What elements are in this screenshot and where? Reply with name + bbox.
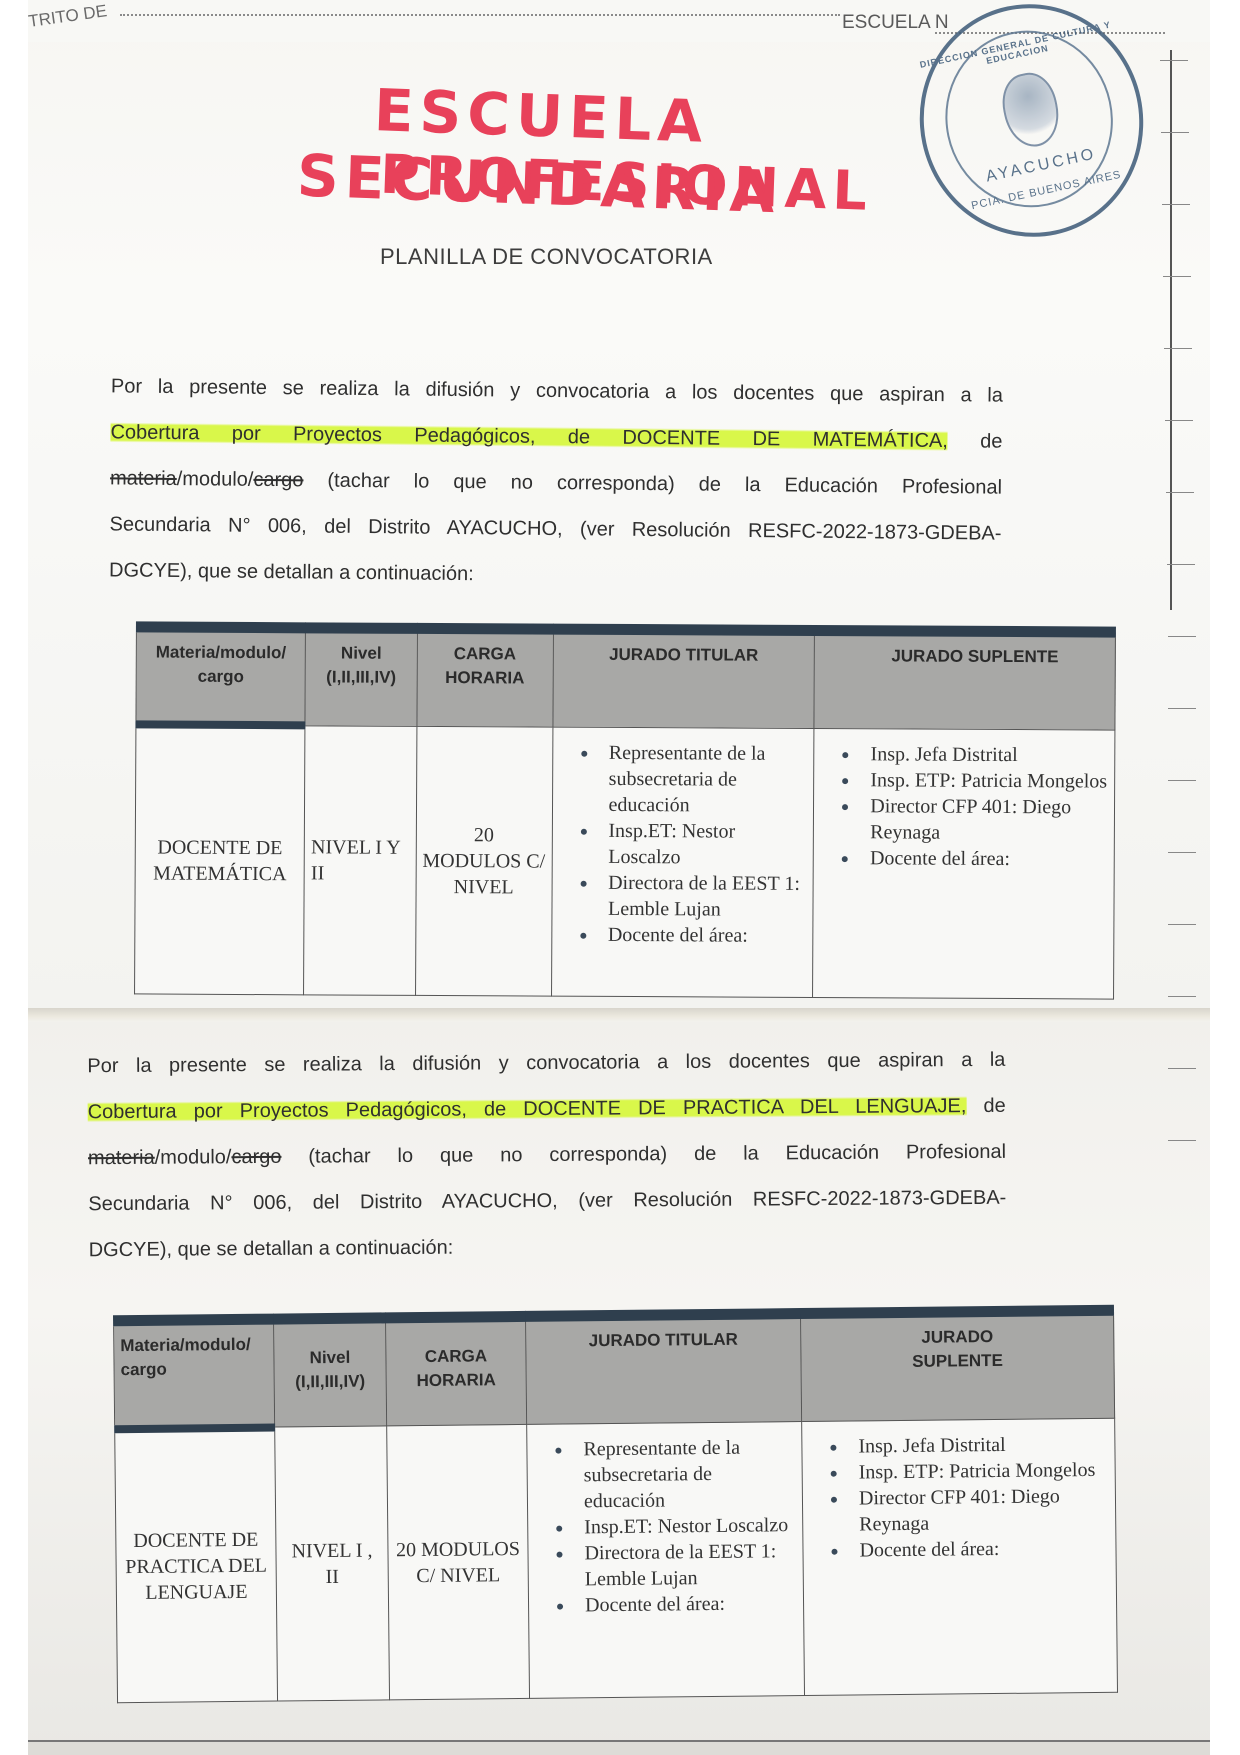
header-nivel: Nivel (I,II,III,IV) (305, 628, 417, 726)
paragraph-text: (tachar lo que no corresponda) de la Edu… (303, 469, 1002, 498)
list-item: Representante de la subsecretaria de edu… (573, 1434, 798, 1514)
cell-jurado-titular: Representante de la subsecretaria de edu… (527, 1422, 805, 1699)
struck-text: materia (110, 467, 177, 490)
table-row: DOCENTE DE PRACTICA DEL LENGUAJE NIVEL I… (115, 1418, 1118, 1702)
paper-fold (28, 1008, 1210, 1022)
cell-carga: 20 MODULOS C/ NIVEL (415, 726, 552, 996)
list-item: Docente del área: (860, 845, 1110, 872)
page-right-border (1170, 50, 1173, 610)
jurado-suplente-list: Insp. Jefa DistritalInsp. ETP: Patricia … (812, 1431, 1111, 1564)
paragraph-line: DGCYE), que se detallan a continuación: (109, 547, 1001, 602)
distrito-fill-line (120, 14, 840, 16)
margin-tick (1164, 348, 1192, 349)
paper-bottom-edge (28, 1740, 1210, 1755)
paragraph-text: /modulo/ (177, 468, 254, 491)
cell-jurado-suplente: Insp. Jefa DistritalInsp. ETP: Patricia … (813, 728, 1115, 999)
table-header-row: Materia/modulo/ cargo Nivel (I,II,III,IV… (114, 1310, 1115, 1428)
struck-text: cargo (253, 469, 303, 492)
list-item: Director CFP 401: Diego Reynaga (860, 793, 1110, 846)
paragraph-line: Cobertura por Proyectos Pedagógicos, de … (88, 1083, 1006, 1135)
struck-text: materia (88, 1147, 155, 1169)
convocatoria-table-2: Materia/modulo/ cargo Nivel (I,II,III,IV… (113, 1305, 1118, 1703)
margin-tick (1167, 564, 1195, 565)
list-item: Directora de la EEST 1: Lemble Lujan (598, 869, 809, 922)
header-carga: CARGA HORARIA (417, 628, 553, 726)
highlighted-text: Cobertura por Proyectos Pedagógicos, de … (88, 1095, 967, 1123)
paragraph-line: Secundaria N° 006, del Distrito AYACUCHO… (88, 1175, 1006, 1227)
cell-jurado-suplente: Insp. Jefa DistritalInsp. ETP: Patricia … (802, 1418, 1118, 1695)
header-jurado-titular: JURADO TITULAR (552, 629, 814, 728)
list-item: Docente del área: (849, 1535, 1111, 1564)
list-item: Insp.ET: Nestor Loscalzo (598, 817, 809, 870)
margin-tick (1166, 492, 1194, 493)
margin-tick (1168, 780, 1196, 781)
paragraph-line: Por la presente se realiza la difusión y… (87, 1037, 1005, 1089)
header-materia: Materia/modulo/ cargo (136, 627, 306, 725)
paragraph-text: de (948, 430, 1003, 453)
header-carga: CARGA HORARIA (386, 1316, 527, 1425)
list-item: Insp. Jefa Distrital (848, 1431, 1110, 1460)
header-jurado-suplente: JURADO SUPLENTE (814, 630, 1115, 729)
margin-tick (1162, 204, 1190, 205)
escuela-label: ESCUELA N (842, 12, 949, 34)
margin-tick (1168, 852, 1196, 853)
table-header-row: Materia/modulo/ cargo Nivel (I,II,III,IV… (136, 627, 1115, 730)
margin-tick (1165, 420, 1193, 421)
convocatoria-table-1: Materia/modulo/ cargo Nivel (I,II,III,IV… (134, 621, 1116, 999)
header-jurado-titular: JURADO TITULAR (526, 1314, 802, 1425)
paragraph-line: materia/modulo/cargo (tachar lo que no c… (88, 1129, 1006, 1181)
struck-text: cargo (231, 1146, 281, 1168)
list-item: Docente del área: (598, 921, 809, 948)
list-item: Insp. Jefa Distrital (860, 741, 1110, 768)
margin-tick (1163, 276, 1191, 277)
margin-tick (1168, 1068, 1196, 1069)
highlighted-text: Cobertura por Proyectos Pedagógicos, de … (110, 421, 948, 452)
paragraph-text: de (966, 1095, 1005, 1117)
list-item: Insp. ETP: Patricia Mongelos (849, 1457, 1111, 1486)
cell-nivel: NIVEL I Y II (304, 725, 417, 995)
list-item: Representante de la subsecretaria de edu… (598, 739, 809, 818)
list-item: Insp. ETP: Patricia Mongelos (860, 767, 1110, 794)
cell-materia: DOCENTE DE MATEMÁTICA (135, 724, 306, 994)
jurado-suplente-list: Insp. Jefa DistritalInsp. ETP: Patricia … (824, 741, 1110, 872)
list-item: Docente del área: (575, 1590, 799, 1618)
margin-tick (1160, 60, 1188, 61)
list-item: Directora de la EEST 1: Lemble Lujan (574, 1538, 799, 1592)
cell-jurado-titular: Representante de la subsecretaria de edu… (551, 727, 814, 997)
jurado-titular-list: Representante de la subsecretaria de edu… (562, 739, 810, 948)
margin-tick (1168, 708, 1196, 709)
margin-tick (1161, 132, 1189, 133)
paragraph-text: /modulo/ (155, 1146, 232, 1169)
list-item: Insp.ET: Nestor Loscalzo (574, 1512, 798, 1540)
paragraph-text: (tachar lo que no corresponda) de la Edu… (281, 1141, 1006, 1168)
table-row: DOCENTE DE MATEMÁTICA NIVEL I Y II 20 MO… (135, 724, 1115, 998)
convocatoria-paragraph-2: Por la presente se realiza la difusión y… (87, 1037, 1007, 1273)
cell-materia: DOCENTE DE PRACTICA DEL LENGUAJE (115, 1427, 278, 1703)
margin-tick (1168, 996, 1196, 997)
paragraph-line: DGCYE), que se detallan a continuación: (88, 1221, 1006, 1273)
jurado-titular-list: Representante de la subsecretaria de edu… (537, 1434, 799, 1619)
convocatoria-paragraph-1: Por la presente se realiza la difusión y… (109, 363, 1003, 602)
margin-tick (1168, 924, 1196, 925)
margin-tick (1168, 636, 1196, 637)
document-subtitle: PLANILLA DE CONVOCATORIA (380, 244, 713, 270)
cell-nivel: NIVEL I , II (275, 1426, 390, 1701)
header-jurado-suplente: JURADO SUPLENTE (801, 1310, 1115, 1421)
list-item: Director CFP 401: Diego Reynaga (849, 1483, 1112, 1538)
header-materia: Materia/modulo/ cargo (114, 1319, 275, 1429)
margin-tick (1168, 1140, 1196, 1141)
header-nivel: Nivel (I,II,III,IV) (274, 1318, 387, 1427)
cell-carga: 20 MODULOS C/ NIVEL (387, 1424, 530, 1699)
